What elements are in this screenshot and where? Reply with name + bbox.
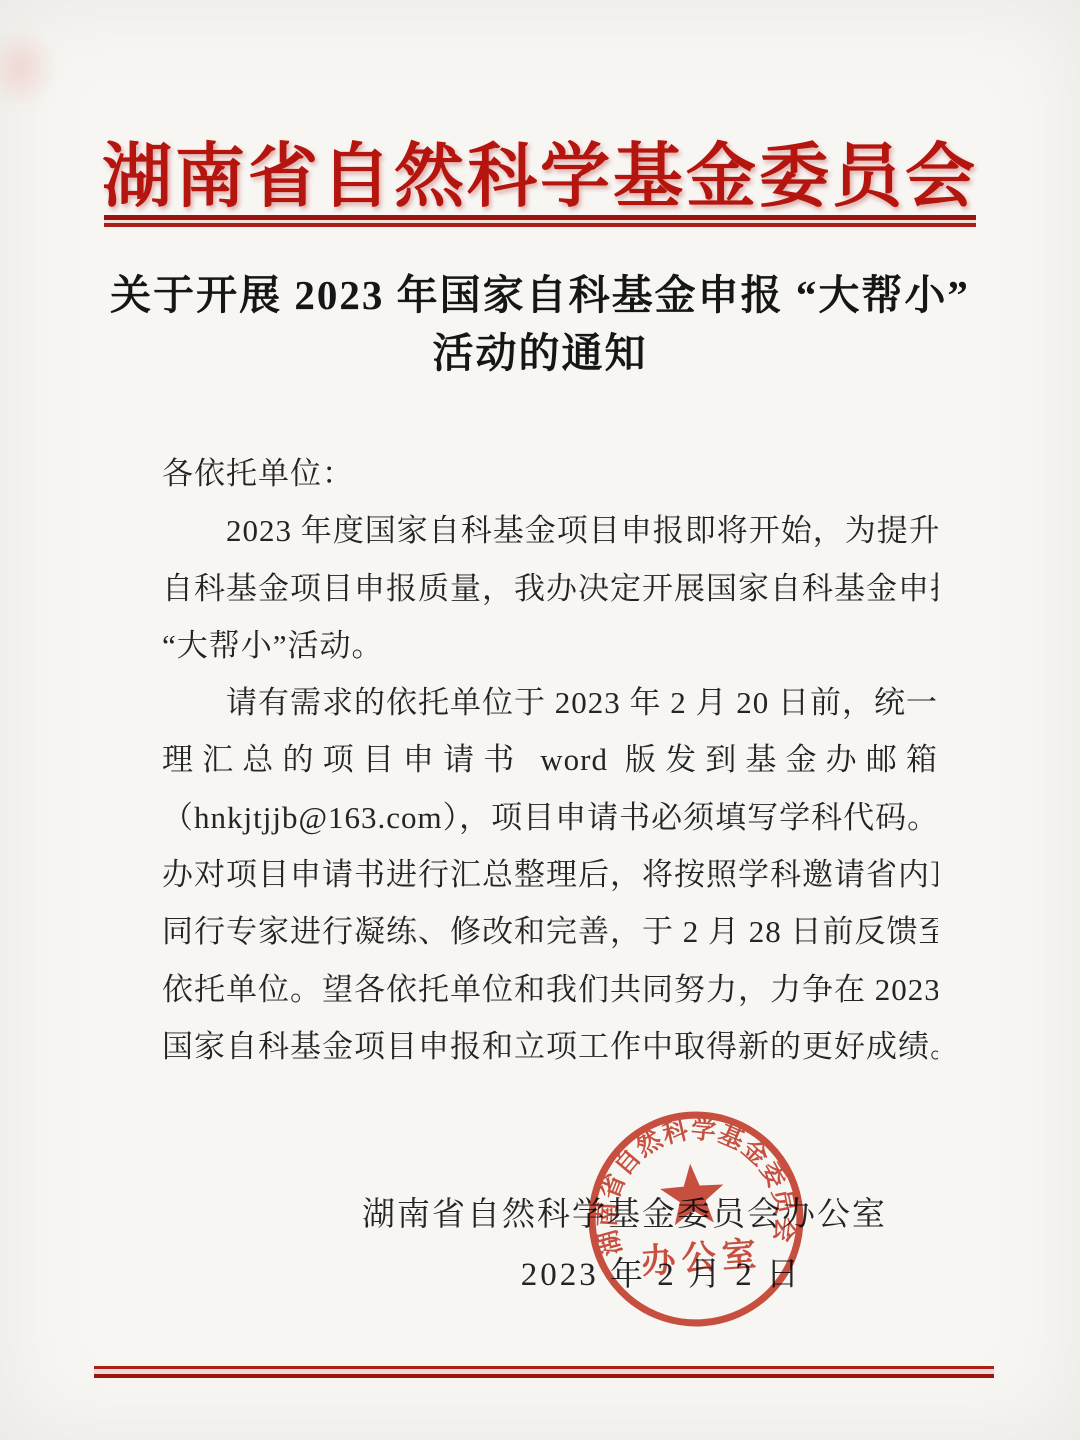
official-seal: 湖南省自然科学基金委员会 办公室 bbox=[575, 1098, 816, 1339]
paragraph-line: 自科基金项目申报质量，我办决定开展国家自科基金申报 bbox=[162, 560, 938, 617]
letter-body: 各依托单位： 2023 年度国家自科基金项目申报即将开始，为提升国家自科基金项目… bbox=[162, 445, 938, 1075]
divider-thin-line bbox=[104, 223, 976, 227]
paragraph-line: 办对项目申请书进行汇总整理后，将按照学科邀请省内顶尖 bbox=[162, 846, 938, 903]
paragraph-line: 请有需求的依托单位于 2023 年 2 月 20 日前，统一将整 bbox=[162, 674, 938, 731]
body-paragraphs: 2023 年度国家自科基金项目申报即将开始，为提升国家自科基金项目申报质量，我办… bbox=[162, 502, 938, 1075]
scan-artifact bbox=[0, 28, 56, 108]
paragraph-line: 依托单位。望各依托单位和我们共同努力，力争在 2023 年 bbox=[162, 961, 938, 1018]
salutation: 各依托单位： bbox=[162, 445, 938, 502]
paragraph-line: 国家自科基金项目申报和立项工作中取得新的更好成绩。 bbox=[162, 1018, 938, 1075]
paragraph-line: 同行专家进行凝练、修改和完善，于 2 月 28 日前反馈至各 bbox=[162, 903, 938, 960]
document-title-line2: 活动的通知 bbox=[0, 324, 1080, 382]
document-title-line1: 关于开展 2023 年国家自科基金申报 “大帮小” bbox=[0, 266, 1080, 324]
document-title: 关于开展 2023 年国家自科基金申报 “大帮小” 活动的通知 bbox=[0, 266, 1080, 382]
letterhead-divider bbox=[104, 215, 976, 227]
paragraph-line: 理汇总的项目申请书 word 版发到基金办邮箱 bbox=[162, 731, 938, 788]
paragraph-line: “大帮小”活动。 bbox=[162, 617, 938, 674]
letterhead-org-name: 湖南省自然科学基金委员会 bbox=[0, 120, 1080, 221]
seal-office-text: 办公室 bbox=[640, 1235, 763, 1281]
footer-line-2 bbox=[94, 1374, 994, 1378]
seal-star-icon bbox=[659, 1162, 726, 1227]
notice-document: 湖南省自然科学基金委员会 关于开展 2023 年国家自科基金申报 “大帮小” 活… bbox=[0, 0, 1080, 1440]
paragraph-line: 2023 年度国家自科基金项目申报即将开始，为提升国家 bbox=[162, 502, 938, 559]
paragraph-line: （hnkjtjjb@163.com），项目申请书必须填写学科代码。我 bbox=[162, 789, 938, 846]
footer-divider bbox=[94, 1366, 994, 1378]
